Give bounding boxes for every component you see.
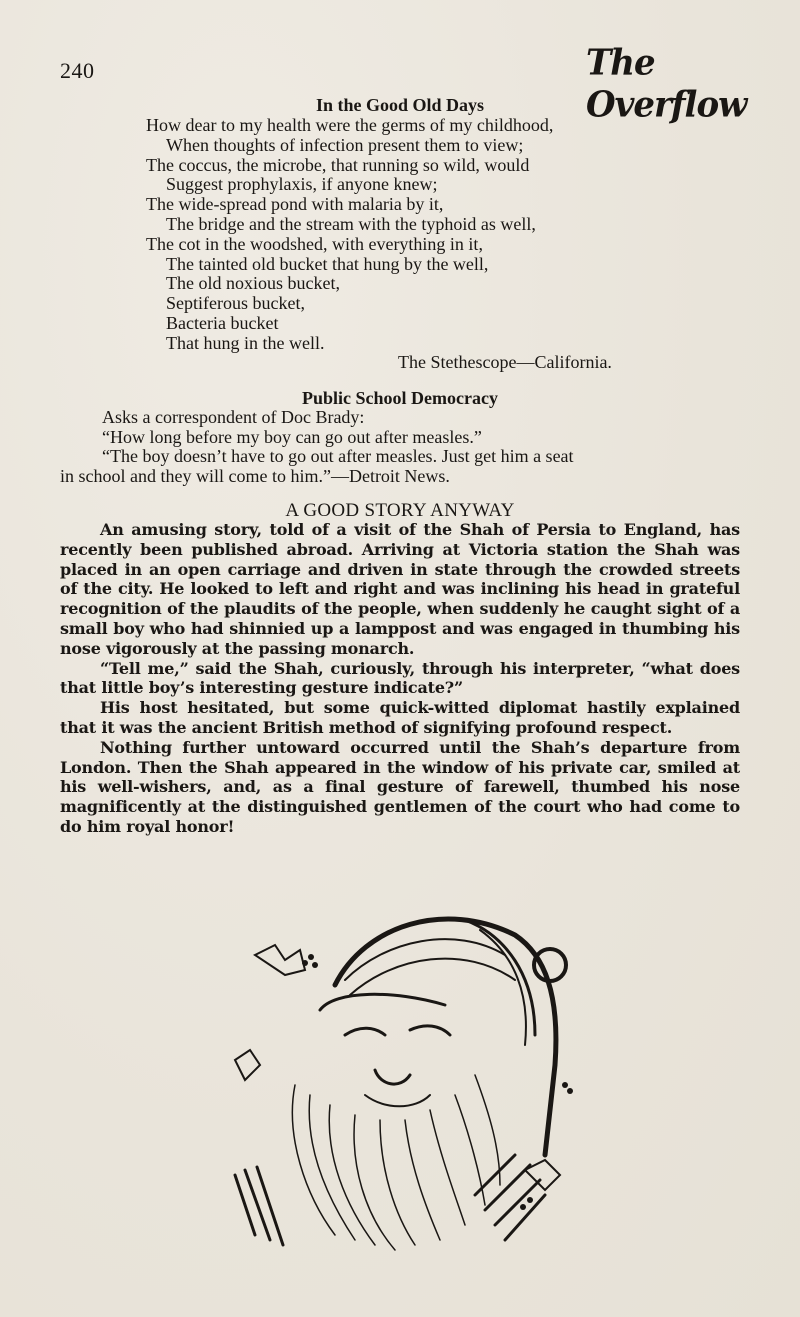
poem-line: The tainted old bucket that hung by the … <box>146 255 553 275</box>
poem-line: Septiferous bucket, <box>146 294 553 314</box>
poem: How dear to my health were the germs of … <box>146 116 553 354</box>
poem-line: The cot in the woodshed, with everything… <box>146 235 553 255</box>
poem-line: Suggest prophylaxis, if anyone knew; <box>146 175 553 195</box>
poem-line: The old noxious bucket, <box>146 274 553 294</box>
story-paragraph: His host hesitated, but some quick-witte… <box>60 698 740 738</box>
story-paragraph: Nothing further untoward occurred until … <box>60 738 740 837</box>
poem-line: The coccus, the microbe, that running so… <box>146 156 553 176</box>
poem-line: When thoughts of infection present them … <box>146 136 553 156</box>
santa-claus-illustration <box>215 895 585 1265</box>
story-paragraph: An amusing story, told of a visit of the… <box>60 520 740 659</box>
poem-line: Bacteria bucket <box>146 314 553 334</box>
poem-line: The wide-spread pond with malaria by it, <box>146 195 553 215</box>
page-number: 240 <box>60 58 95 84</box>
story-body: An amusing story, told of a visit of the… <box>60 520 740 837</box>
story-paragraph: “Tell me,” said the Shah, curiously, thr… <box>60 659 740 699</box>
paragraph-line: “How long before my boy can go out after… <box>60 428 772 448</box>
public-school-body: Asks a correspondent of Doc Brady: “How … <box>60 408 772 486</box>
poem-line: That hung in the well. <box>146 334 553 354</box>
poem-title: In the Good Old Days <box>0 95 800 116</box>
santa-claus-icon <box>215 895 585 1265</box>
poem-line: The bridge and the stream with the typho… <box>146 215 553 235</box>
poem-source: The Stethescope—California. <box>398 352 612 373</box>
paragraph-line: in school and they will come to him.”—De… <box>60 467 772 487</box>
public-school-title: Public School Democracy <box>0 388 800 409</box>
paragraph-line: Asks a correspondent of Doc Brady: <box>60 408 772 428</box>
paragraph-line: “The boy doesn’t have to go out after me… <box>60 447 772 467</box>
story-title: A GOOD STORY ANYWAY <box>0 500 800 522</box>
poem-line: How dear to my health were the germs of … <box>146 116 553 136</box>
